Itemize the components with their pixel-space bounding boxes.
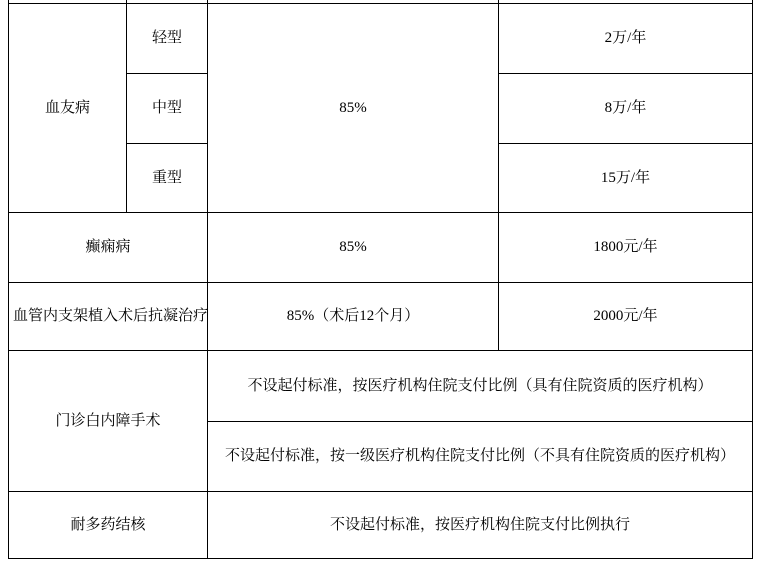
cell-limit-epilepsy: 1800元/年 bbox=[499, 213, 753, 283]
cell-policy-cataract-inpatient-qualified: 不设起付标准，按医疗机构住院支付比例（具有住院资质的医疗机构） bbox=[208, 351, 753, 422]
cell-limit-mild: 2万/年 bbox=[499, 4, 753, 74]
cell-rate-hemophilia: 85% bbox=[208, 4, 499, 213]
cell-severity-severe: 重型 bbox=[127, 144, 208, 213]
cell-rate-epilepsy: 85% bbox=[208, 213, 499, 283]
cell-severity-mild: 轻型 bbox=[127, 4, 208, 74]
table-row-mdr-tuberculosis: 耐多药结核 不设起付标准，按医疗机构住院支付比例执行 bbox=[9, 492, 753, 559]
cell-severity-moderate: 中型 bbox=[127, 74, 208, 144]
cell-disease-epilepsy: 癫痫病 bbox=[9, 213, 208, 283]
cell-limit-severe: 15万/年 bbox=[499, 144, 753, 213]
cell-limit-moderate: 8万/年 bbox=[499, 74, 753, 144]
cell-rate-stent: 85%（术后12个月） bbox=[208, 283, 499, 351]
cell-disease-tuberculosis: 耐多药结核 bbox=[9, 492, 208, 559]
cell-disease-cataract: 门诊白内障手术 bbox=[9, 351, 208, 492]
table-row-stent-anticoagulation: 血管内支架植入术后抗凝治疗 85%（术后12个月） 2000元/年 bbox=[9, 283, 753, 351]
table-row-cataract-policy1: 门诊白内障手术 不设起付标准，按医疗机构住院支付比例（具有住院资质的医疗机构） bbox=[9, 351, 753, 422]
cell-disease-hemophilia: 血友病 bbox=[9, 4, 127, 213]
cell-policy-tuberculosis: 不设起付标准，按医疗机构住院支付比例执行 bbox=[208, 492, 753, 559]
cell-disease-stent: 血管内支架植入术后抗凝治疗 bbox=[9, 283, 208, 351]
cell-policy-cataract-not-qualified: 不设起付标准，按一级医疗机构住院支付比例（不具有住院资质的医疗机构） bbox=[208, 422, 753, 492]
table-row-epilepsy: 癫痫病 85% 1800元/年 bbox=[9, 213, 753, 283]
cell-limit-stent: 2000元/年 bbox=[499, 283, 753, 351]
document-page: 血友病 轻型 85% 2万/年 中型 8万/年 重型 15万/年 癫痫病 85%… bbox=[0, 0, 760, 567]
benefits-table: 血友病 轻型 85% 2万/年 中型 8万/年 重型 15万/年 癫痫病 85%… bbox=[8, 0, 753, 559]
table-row-hemophilia-mild: 血友病 轻型 85% 2万/年 bbox=[9, 4, 753, 74]
